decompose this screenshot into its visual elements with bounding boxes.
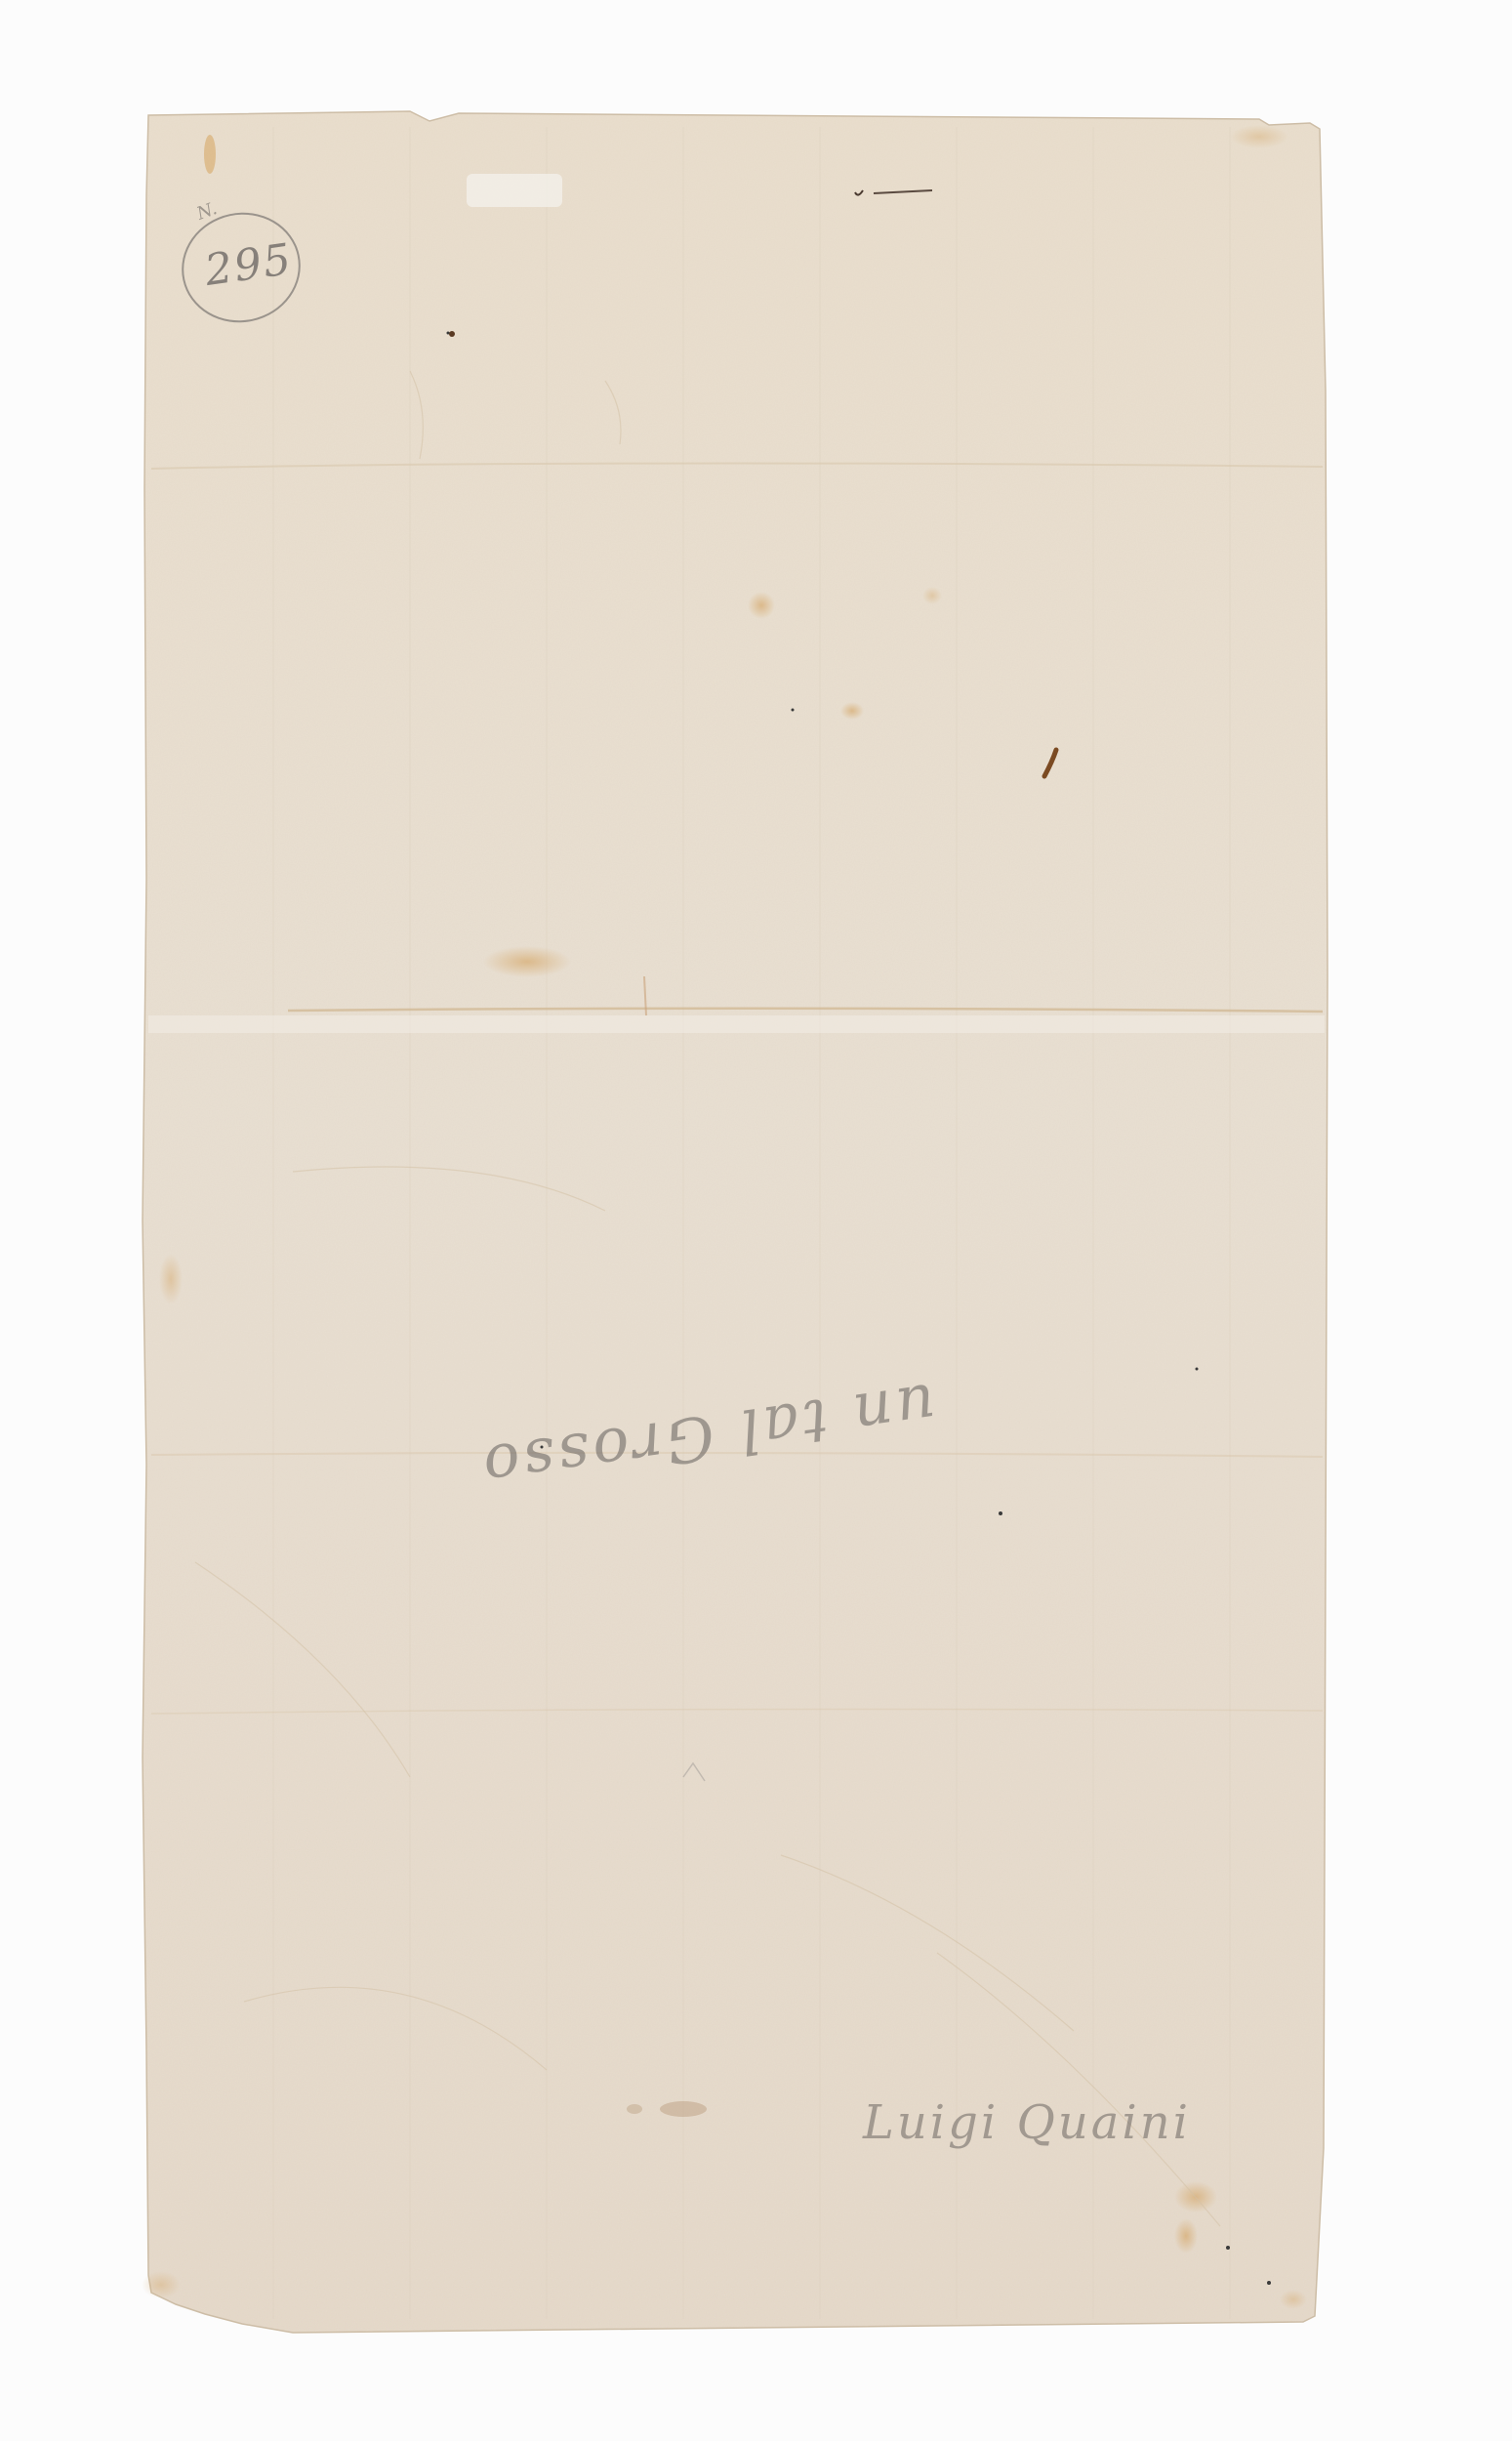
inventory-number: 295 [202, 238, 295, 293]
pencil-signature: Luigi Quaini [863, 2099, 1191, 2146]
paper-surface [0, 0, 1512, 2441]
paper-sheet: N. 295 un tal Grosso Luigi Quaini [0, 0, 1512, 2441]
